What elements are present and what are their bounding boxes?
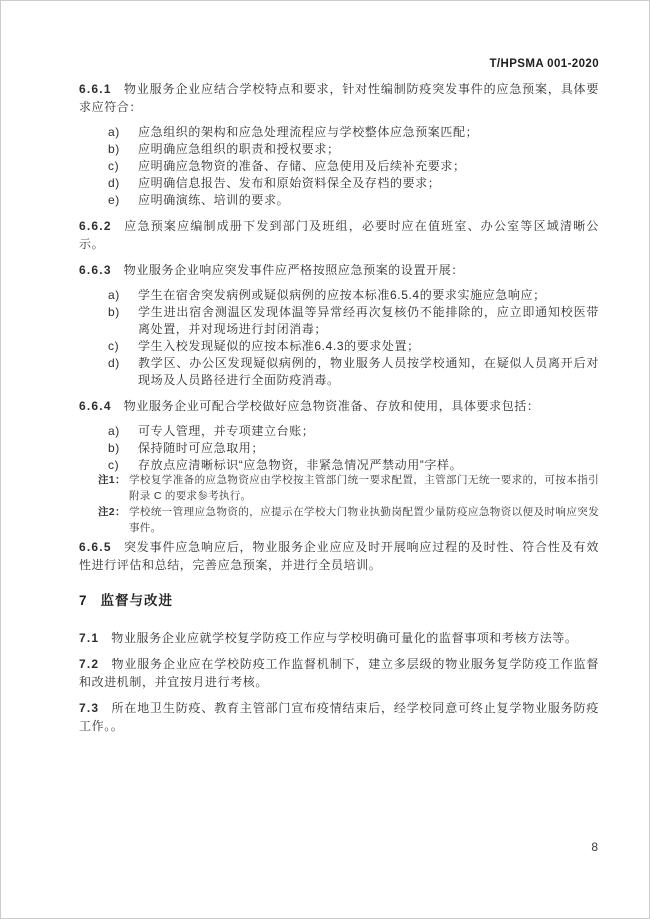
section-number: 7 xyxy=(79,593,88,608)
standard-number-header: T/HPSMA 001-2020 xyxy=(79,57,599,71)
list-item-text: 应明确应急物资的准备、存储、应急使用及后续补充要求； xyxy=(138,158,599,175)
list-item-text: 学生进出宿舍测温区发现体温等异常经再次复核仍不能排除的，应立即通知校医带离处置，… xyxy=(138,304,599,338)
note-2: 注2：学校统一管理应急物资的，应提示在学校大门物业执勤岗配置少量防疫应急物资以便… xyxy=(79,504,599,536)
clause-number: 6.6.3 xyxy=(79,263,112,277)
clause-number: 6.6.2 xyxy=(79,219,112,233)
document-content: 6.6.1物业服务企业应结合学校特点和要求，针对性编制防疫突发事件的应急预案，具… xyxy=(79,80,599,735)
clause-text: 应急预案应编制成册下发到部门及班组，必要时应在值班室、办公室等区域清晰公示。 xyxy=(79,219,599,251)
list-item: c)应明确应急物资的准备、存储、应急使用及后续补充要求； xyxy=(79,158,599,175)
list-item: a)应急组织的架构和应急处理流程应与学校整体应急预案匹配； xyxy=(79,124,599,141)
list-item: a)学生在宿舍突发病例或疑似病例的应按本标准6.5.4的要求实施应急响应； xyxy=(79,287,599,304)
list-item-label: b) xyxy=(108,304,138,338)
list-item-text: 应明确信息报告、发布和原始资料保全及存档的要求； xyxy=(138,175,599,192)
note-group: 注1：学校复学准备的应急物资应由学校按主管部门统一要求配置，主管部门无统一要求的… xyxy=(79,472,599,536)
list-item-label: a) xyxy=(108,287,138,304)
list-item: b)学生进出宿舍测温区发现体温等异常经再次复核仍不能排除的，应立即通知校医带离处… xyxy=(79,304,599,338)
clause-list: a)可专人管理，并专项建立台账；b)保持随时可应急取用；c)存放点应清晰标识“应… xyxy=(79,423,599,474)
section-heading: 7监督与改进 xyxy=(79,592,599,609)
clause-number: 7.3 xyxy=(79,701,99,715)
clause-text: 所在地卫生防疫、教育主管部门宣布疫情结束后，经学校同意可终止复学物业服务防疫工作… xyxy=(79,701,599,733)
clause-number: 6.6.5 xyxy=(79,540,112,554)
clause-6-6-1: 6.6.1物业服务企业应结合学校特点和要求，针对性编制防疫突发事件的应急预案，具… xyxy=(79,80,599,116)
list-item: c)学生入校发现疑似的应按本标准6.4.3的要求处置； xyxy=(79,338,599,355)
list-item-text: 保持随时可应急取用； xyxy=(138,440,599,457)
clause-6-6-2: 6.6.2应急预案应编制成册下发到部门及班组，必要时应在值班室、办公室等区域清晰… xyxy=(79,217,599,253)
list-item: a)可专人管理，并专项建立台账； xyxy=(79,423,599,440)
clause-text: 突发事件应急响应后，物业服务企业应应及时开展响应过程的及时性、符合性及有效性进行… xyxy=(79,540,599,572)
clause-number: 7.1 xyxy=(79,631,99,645)
clause-number: 6.6.1 xyxy=(79,82,112,96)
clause-7-3: 7.3所在地卫生防疫、教育主管部门宣布疫情结束后，经学校同意可终止复学物业服务防… xyxy=(79,699,599,735)
note-label: 注2： xyxy=(98,504,129,536)
clause-text: 物业服务企业应结合学校特点和要求，针对性编制防疫突发事件的应急预案，具体要求应符… xyxy=(79,82,599,114)
clause-list: a)应急组织的架构和应急处理流程应与学校整体应急预案匹配；b)应明确应急组织的职… xyxy=(79,124,599,209)
page-number: 8 xyxy=(591,840,598,854)
list-item-label: c) xyxy=(108,158,138,175)
list-item: d)教学区、办公区发现疑似病例的，物业服务人员按学校通知，在疑似人员离开后对现场… xyxy=(79,355,599,389)
list-item: b)应明确应急组织的职责和授权要求； xyxy=(79,141,599,158)
clause-number: 7.2 xyxy=(79,657,99,671)
list-item-label: a) xyxy=(108,124,138,141)
clause-text: 物业服务企业可配合学校做好应急物资准备、存放和使用，具体要求包括： xyxy=(124,399,540,413)
clause-number: 6.6.4 xyxy=(79,399,112,413)
list-item-label: e) xyxy=(108,192,138,209)
clause-list: a)学生在宿舍突发病例或疑似病例的应按本标准6.5.4的要求实施应急响应；b)学… xyxy=(79,287,599,389)
list-item-text: 应急组织的架构和应急处理流程应与学校整体应急预案匹配； xyxy=(138,124,599,141)
clause-6-6-5: 6.6.5突发事件应急响应后，物业服务企业应应及时开展响应过程的及时性、符合性及… xyxy=(79,538,599,574)
clause-text: 物业服务企业应在学校防疫工作监督机制下，建立多层级的物业服务复学防疫工作监督和改… xyxy=(79,657,599,689)
list-item-label: d) xyxy=(108,175,138,192)
list-item-text: 应明确应急组织的职责和授权要求； xyxy=(138,141,599,158)
list-item-label: c) xyxy=(108,338,138,355)
clause-7-1: 7.1物业服务企业应就学校复学防疫工作应与学校明确可量化的监督事项和考核方法等。 xyxy=(79,629,599,647)
list-item-label: d) xyxy=(108,355,138,389)
clause-text: 物业服务企业应就学校复学防疫工作应与学校明确可量化的监督事项和考核方法等。 xyxy=(111,631,577,645)
list-item: e)应明确演练、培训的要求。 xyxy=(79,192,599,209)
list-item-text: 应明确演练、培训的要求。 xyxy=(138,192,599,209)
clause-6-6-3: 6.6.3物业服务企业响应突发事件应严格按照应急预案的设置开展： xyxy=(79,261,599,279)
note-1: 注1：学校复学准备的应急物资应由学校按主管部门统一要求配置，主管部门无统一要求的… xyxy=(79,472,599,504)
list-item: b)保持随时可应急取用； xyxy=(79,440,599,457)
list-item-text: 学生入校发现疑似的应按本标准6.4.3的要求处置； xyxy=(138,338,599,355)
section-title: 监督与改进 xyxy=(101,593,174,608)
clause-7-2: 7.2物业服务企业应在学校防疫工作监督机制下，建立多层级的物业服务复学防疫工作监… xyxy=(79,655,599,691)
clause-6-6-4: 6.6.4物业服务企业可配合学校做好应急物资准备、存放和使用，具体要求包括： xyxy=(79,397,599,415)
note-text: 学校统一管理应急物资的，应提示在学校大门物业执勤岗配置少量防疫应急物资以便及时响… xyxy=(129,504,599,536)
document-page: T/HPSMA 001-2020 6.6.1物业服务企业应结合学校特点和要求，针… xyxy=(0,0,650,919)
list-item-text: 教学区、办公区发现疑似病例的，物业服务人员按学校通知，在疑似人员离开后对现场及人… xyxy=(138,355,599,389)
list-item: d)应明确信息报告、发布和原始资料保全及存档的要求； xyxy=(79,175,599,192)
document-body: T/HPSMA 001-2020 6.6.1物业服务企业应结合学校特点和要求，针… xyxy=(79,57,599,743)
note-text: 学校复学准备的应急物资应由学校按主管部门统一要求配置，主管部门无统一要求的，可按… xyxy=(129,472,599,504)
list-item-label: b) xyxy=(108,440,138,457)
list-item-text: 可专人管理，并专项建立台账； xyxy=(138,423,599,440)
list-item-text: 学生在宿舍突发病例或疑似病例的应按本标准6.5.4的要求实施应急响应； xyxy=(138,287,599,304)
clause-text: 物业服务企业响应突发事件应严格按照应急预案的设置开展： xyxy=(124,263,464,277)
list-item-label: a) xyxy=(108,423,138,440)
list-item-label: b) xyxy=(108,141,138,158)
note-label: 注1： xyxy=(98,472,129,504)
